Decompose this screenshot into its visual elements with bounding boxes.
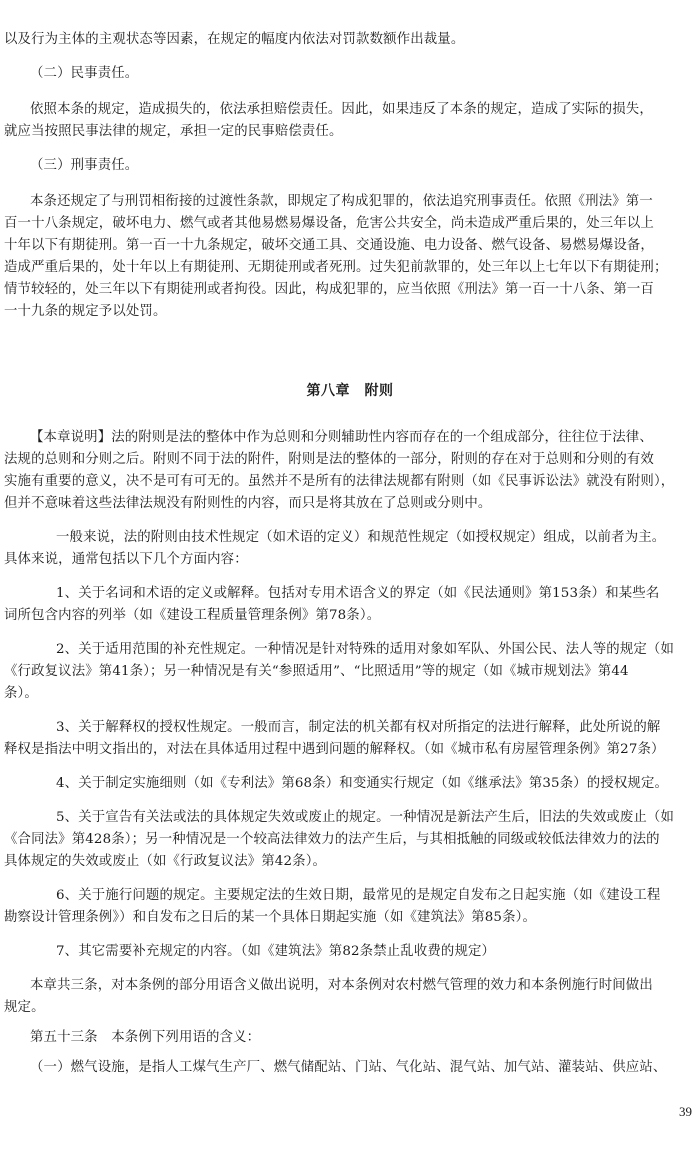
text-line: 十年以下有期徒刑。第一百一十九条规定，破坏交通工具、交通设施、电力设备、燃气设备… [4, 238, 654, 254]
text-line: 【本章说明】法的附则是法的整体中作为总则和分则辅助性内容而存在的一个组成部分，往… [30, 430, 653, 446]
text-line: 2、关于适用范围的补充性规定。一种情况是针对特殊的适用对象如军队、外国公民、法人… [56, 642, 674, 658]
text-line: （三）刑事责任。 [30, 158, 138, 174]
text-line: 本条还规定了与刑罚相衔接的过渡性条款，即规定了构成犯罪的，依法追究刑事责任。依照… [30, 194, 653, 210]
text-line: 以及行为主体的主观状态等因素，在规定的幅度内依法对罚款数额作出裁量。 [4, 32, 464, 48]
text-line: 6、关于施行问题的规定。主要规定法的生效日期，最常见的是规定自发布之日起实施（如… [56, 888, 660, 904]
text-line: 一十九条的规定予以处罚。 [4, 304, 167, 320]
text-line: 具体来说，通常包括以下几个方面内容： [4, 552, 248, 568]
text-line: （一）燃气设施，是指人工煤气生产厂、燃气储配站、门站、气化站、混气站、加气站、灌… [30, 1060, 666, 1076]
text-line: 百一十八条规定，破坏电力、燃气或者其他易燃易爆设备，危害公共安全，尚未造成严重后… [4, 216, 654, 232]
text-line: 词所包含内容的列举（如《建设工程质量管理条例》第78条）。 [4, 608, 380, 624]
text-line: 法规的总则和分则之后。附则不同于法的附件，附则是法的整体的一部分，附则的存在对于… [4, 452, 654, 468]
text-line: 勘察设计管理条例》）和自发布之日后的某一个具体日期起实施（如《建筑法》第85条）… [4, 910, 536, 926]
text-line: 造成严重后果的，处十年以上有期徒刑、无期徒刑或者死刑。过失犯前款罪的，处三年以上… [4, 260, 668, 276]
text-line: 7、其它需要补充规定的内容。（如《建筑法》第82条禁止乱收费的规定） [56, 944, 495, 960]
text-line: 本章共三条，对本条例的部分用语含义做出说明，对本条例对农村燃气管理的效力和本条例… [30, 978, 653, 994]
text-line: 5、关于宣告有关法或法的具体规定失效或废止的规定。一种情况是新法产生后，旧法的失… [56, 810, 674, 826]
page-number: 39 [679, 1104, 692, 1120]
text-line: 4、关于制定实施细则（如《专利法》第68条）和变通实行规定（如《继承法》第35条… [56, 776, 668, 792]
text-line: 但并不意味着这些法律法规没有附则性的内容，而只是将其放在了总则或分则中。 [4, 496, 491, 512]
text-line: 就应当按照民事法律的规定，承担一定的民事赔偿责任。 [4, 124, 343, 140]
text-line: 具体规定的失效或废止（如《行政复议法》第42条）。 [4, 854, 326, 870]
chapter-title: 第八章 附则 [0, 380, 700, 400]
text-line: 第五十三条 本条例下列用语的含义： [30, 1030, 260, 1046]
text-line: 1、关于名词和术语的定义或解释。包括对专用术语含义的界定（如《民法通则》第153… [56, 586, 659, 602]
text-line: 依照本条的规定，造成损失的，依法承担赔偿责任。因此，如果违反了本条的规定，造成了… [30, 102, 653, 118]
text-line: （二）民事责任。 [30, 66, 138, 82]
text-line: 一般来说，法的附则由技术性规定（如术语的定义）和规范性规定（如授权规定）组成，以… [56, 530, 665, 546]
text-line: 《合同法》第428条）；另一种情况是一个较高法律效力的法产生后，与其相抵触的同级… [4, 832, 660, 848]
text-line: 规定。 [4, 1000, 45, 1016]
text-line: 3、关于解释权的授权性规定。一般而言，制定法的机关都有权对所指定的法进行解释，此… [56, 720, 660, 736]
text-line: 情节较轻的，处三年以下有期徒刑或者拘役。因此，构成犯罪的，应当依照《刑法》第一百… [4, 282, 654, 298]
text-line: 实施有重要的意义，决不是可有可无的。虽然并不是所有的法律法规都有附则（如《民事诉… [4, 474, 674, 490]
text-line: 条）。 [4, 686, 38, 702]
text-line: 释权是指法中明文指出的，对法在具体适用过程中遇到问题的解释权。（如《城市私有房屋… [4, 742, 665, 758]
text-line: 《行政复议法》第41条）；另一种情况是有关“参照适用”、“比照适用”等的规定（如… [4, 664, 629, 680]
